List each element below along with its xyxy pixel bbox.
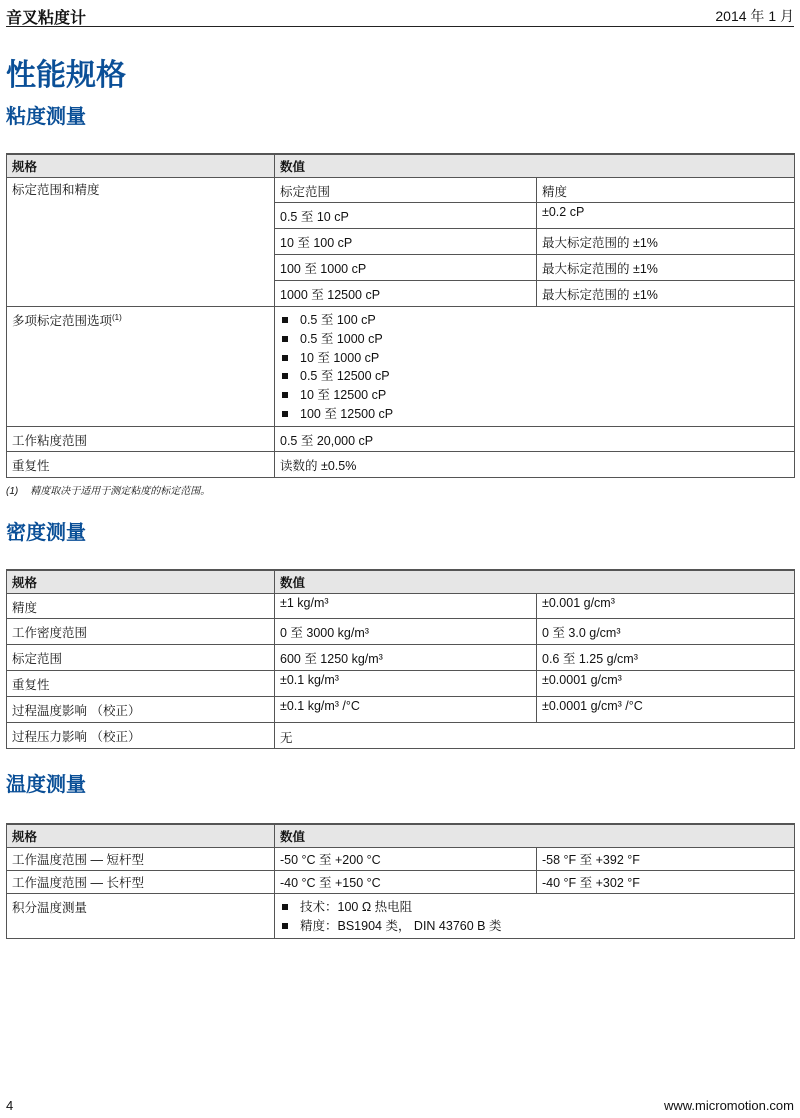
cell: 无 xyxy=(275,723,795,749)
header-spec: 规格 xyxy=(7,570,275,594)
header-spec: 规格 xyxy=(7,824,275,848)
cell: 最大标定范围的 ±1% xyxy=(537,281,795,307)
row-label: 多项标定范围选项(1) xyxy=(7,307,275,427)
list-item: 0.5 至 12500 cP xyxy=(280,367,789,386)
table-row: 精度 ±1 kg/m³ ±0.001 g/cm³ xyxy=(7,594,795,619)
table-row: 过程压力影响 （校正） 无 xyxy=(7,723,795,749)
list-item: 100 至 12500 cP xyxy=(280,405,789,424)
website-url: www.micromotion.com xyxy=(664,1098,794,1113)
row-label: 工作温度范围 — 短杆型 xyxy=(7,848,275,871)
row-label: 过程温度影响 （校正） xyxy=(7,697,275,723)
page-number: 4 xyxy=(6,1098,13,1113)
table-row: 多项标定范围选项(1) 0.5 至 100 cP 0.5 至 1000 cP 1… xyxy=(7,307,795,427)
section-title-temperature: 温度测量 xyxy=(6,768,86,797)
table-row: 过程温度影响 （校正） ±0.1 kg/m³ /°C ±0.0001 g/cm³… xyxy=(7,697,795,723)
table-row: 重复性 读数的 ±0.5% xyxy=(7,451,795,477)
cell: 最大标定范围的 ±1% xyxy=(537,255,795,281)
row-label: 重复性 xyxy=(7,671,275,697)
list-item: 0.5 至 1000 cP xyxy=(280,330,789,349)
page-title: 性能规格 xyxy=(6,50,126,94)
table-header-row: 规格 数值 xyxy=(7,154,795,178)
cell: 0.6 至 1.25 g/cm³ xyxy=(537,645,795,671)
cell: ±0.0001 g/cm³ /°C xyxy=(537,697,795,723)
header-value: 数值 xyxy=(275,824,795,848)
table-row: 工作密度范围 0 至 3000 kg/m³ 0 至 3.0 g/cm³ xyxy=(7,619,795,645)
cell: -50 °C 至 +200 °C xyxy=(275,848,537,871)
row-label: 积分温度测量 xyxy=(7,894,275,939)
row-label: 标定范围 xyxy=(7,645,275,671)
row-label: 精度 xyxy=(7,594,275,619)
section-title-viscosity: 粘度测量 xyxy=(6,100,86,129)
document-date: 2014 年 1 月 xyxy=(715,6,794,26)
table-row: 重复性 ±0.1 kg/m³ ±0.0001 g/cm³ xyxy=(7,671,795,697)
table-row: 积分温度测量 技术：100 Ω 热电阻 精度：BS1904 类， DIN 437… xyxy=(7,894,795,939)
table-header-row: 规格 数值 xyxy=(7,570,795,594)
cell: 10 至 100 cP xyxy=(275,229,537,255)
cell: 100 至 1000 cP xyxy=(275,255,537,281)
row-label: 重复性 xyxy=(7,451,275,477)
cell: ±0.1 kg/m³ /°C xyxy=(275,697,537,723)
subheader-accuracy: 精度 xyxy=(537,178,795,203)
document-title: 音叉粘度计 xyxy=(6,5,86,28)
section-title-density: 密度测量 xyxy=(6,516,86,545)
cell: 读数的 ±0.5% xyxy=(275,451,795,477)
cell: 600 至 1250 kg/m³ xyxy=(275,645,537,671)
cell: 0.5 至 100 cP 0.5 至 1000 cP 10 至 1000 cP … xyxy=(275,307,795,427)
table-row: 工作温度范围 — 短杆型 -50 °C 至 +200 °C -58 °F 至 +… xyxy=(7,848,795,871)
cell: 0.5 至 20,000 cP xyxy=(275,426,795,451)
row-label: 标定范围和精度 xyxy=(7,178,275,307)
table-row: 标定范围和精度 标定范围 精度 xyxy=(7,178,795,203)
density-table: 规格 数值 精度 ±1 kg/m³ ±0.001 g/cm³ 工作密度范围 0 … xyxy=(6,569,795,749)
table-row: 工作温度范围 — 长杆型 -40 °C 至 +150 °C -40 °F 至 +… xyxy=(7,871,795,894)
cell: -40 °C 至 +150 °C xyxy=(275,871,537,894)
cell: -58 °F 至 +392 °F xyxy=(537,848,795,871)
row-label: 工作密度范围 xyxy=(7,619,275,645)
subheader-range: 标定范围 xyxy=(275,178,537,203)
header-value: 数值 xyxy=(275,154,795,178)
cell: 1000 至 12500 cP xyxy=(275,281,537,307)
header-spec: 规格 xyxy=(7,154,275,178)
cell: ±1 kg/m³ xyxy=(275,594,537,619)
cell: 技术：100 Ω 热电阻 精度：BS1904 类， DIN 43760 B 类 xyxy=(275,894,795,939)
header-value: 数值 xyxy=(275,570,795,594)
label-text: 多项标定范围选项 xyxy=(12,314,112,328)
cell: 0 至 3.0 g/cm³ xyxy=(537,619,795,645)
row-label: 过程压力影响 （校正） xyxy=(7,723,275,749)
cell: ±0.1 kg/m³ xyxy=(275,671,537,697)
table-row: 工作粘度范围 0.5 至 20,000 cP xyxy=(7,426,795,451)
cell: 最大标定范围的 ±1% xyxy=(537,229,795,255)
integral-list: 技术：100 Ω 热电阻 精度：BS1904 类， DIN 43760 B 类 xyxy=(280,898,789,936)
list-item: 0.5 至 100 cP xyxy=(280,311,789,330)
temperature-table: 规格 数值 工作温度范围 — 短杆型 -50 °C 至 +200 °C -58 … xyxy=(6,823,795,939)
list-item: 10 至 12500 cP xyxy=(280,386,789,405)
cell: 0 至 3000 kg/m³ xyxy=(275,619,537,645)
list-item: 精度：BS1904 类， DIN 43760 B 类 xyxy=(280,917,789,936)
cell: ±0.001 g/cm³ xyxy=(537,594,795,619)
footnote-number: (1) xyxy=(6,486,18,497)
list-item: 技术：100 Ω 热电阻 xyxy=(280,898,789,917)
viscosity-table: 规格 数值 标定范围和精度 标定范围 精度 0.5 至 10 cP ±0.2 c… xyxy=(6,153,795,478)
footnote-text: 精度取决于适用于测定粘度的标定范围。 xyxy=(30,486,210,497)
page-header: 音叉粘度计 2014 年 1 月 xyxy=(6,4,794,27)
cell: ±0.2 cP xyxy=(537,203,795,229)
cell: ±0.0001 g/cm³ xyxy=(537,671,795,697)
footnote-ref: (1) xyxy=(112,313,122,322)
cell: -40 °F 至 +302 °F xyxy=(537,871,795,894)
option-list: 0.5 至 100 cP 0.5 至 1000 cP 10 至 1000 cP … xyxy=(280,311,789,424)
table-row: 标定范围 600 至 1250 kg/m³ 0.6 至 1.25 g/cm³ xyxy=(7,645,795,671)
row-label: 工作粘度范围 xyxy=(7,426,275,451)
list-item: 10 至 1000 cP xyxy=(280,349,789,368)
row-label: 工作温度范围 — 长杆型 xyxy=(7,871,275,894)
footnote: (1)精度取决于适用于测定粘度的标定范围。 xyxy=(6,482,210,497)
table-header-row: 规格 数值 xyxy=(7,824,795,848)
cell: 0.5 至 10 cP xyxy=(275,203,537,229)
